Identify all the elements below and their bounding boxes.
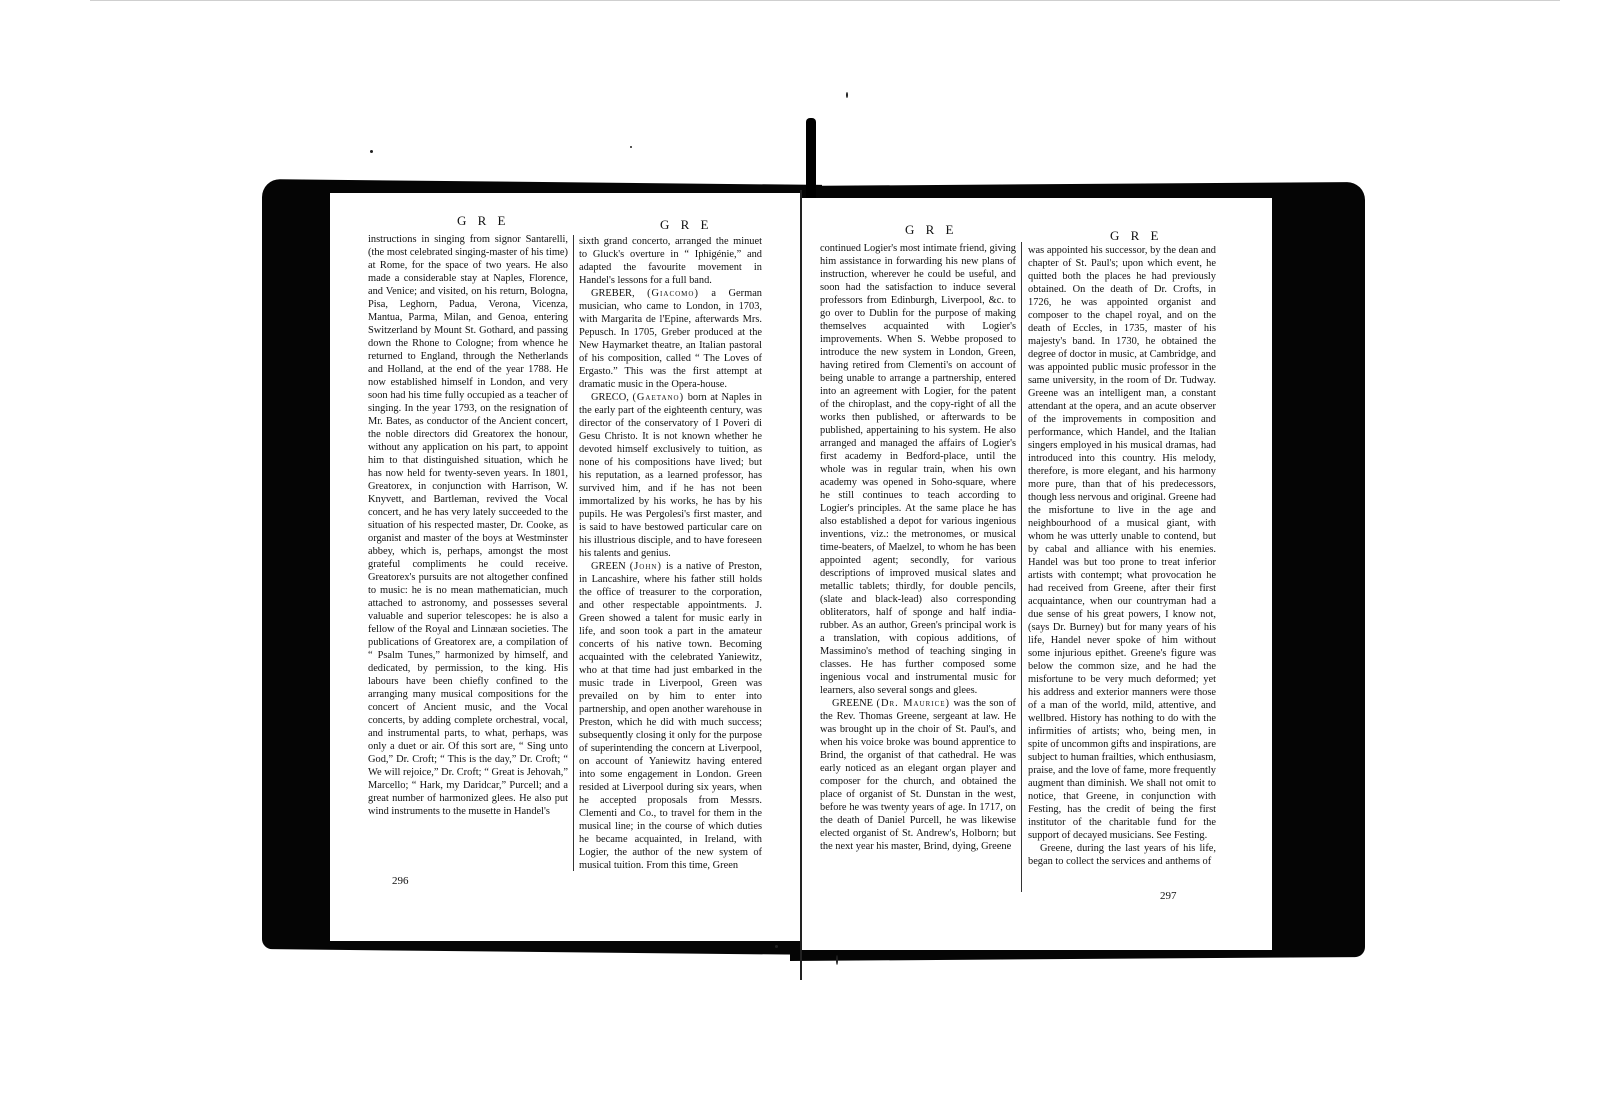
running-head-right-col1: G R E xyxy=(905,222,958,238)
paragraph: Greene, during the last years of his lif… xyxy=(1028,842,1216,868)
left-page-column-1: instructions in singing from signor Sant… xyxy=(368,233,568,818)
paragraph: continued Logier's most intimate friend,… xyxy=(820,242,1016,697)
page-number: 297 xyxy=(1160,890,1177,902)
paragraph-text: instructions in singing from signor Sant… xyxy=(368,234,568,817)
scan-speck xyxy=(836,955,838,965)
paragraph-text: sixth grand concerto, arranged the minue… xyxy=(579,236,762,286)
scan-speck xyxy=(630,146,632,148)
left-page-column-2: sixth grand concerto, arranged the minue… xyxy=(579,235,762,872)
entry-headword: GREEN xyxy=(591,561,630,572)
running-head-right-col2: G R E xyxy=(1110,228,1163,244)
paragraph: GREBER, (Giacomo) a German musician, who… xyxy=(579,287,762,391)
right-page-column-2: was appointed his successor, by the dean… xyxy=(1028,244,1216,868)
paragraph-text: continued Logier's most intimate friend,… xyxy=(820,243,1016,696)
paragraph-text: was appointed his successor, by the dean… xyxy=(1028,245,1216,841)
right-page-column-1: continued Logier's most intimate friend,… xyxy=(820,242,1016,853)
paragraph-text: a German musician, who came to London, i… xyxy=(579,288,762,390)
column-rule xyxy=(573,235,574,871)
entry-qualifier: (Dr. Maurice) xyxy=(877,698,951,709)
paragraph-text: born at Naples in the early part of the … xyxy=(579,392,762,559)
paragraph-text: is a native of Preston, in Lancashire, w… xyxy=(579,561,762,871)
entry-qualifier: (Giacomo) xyxy=(647,288,699,299)
paragraph-text: was the son of the Rev. Thomas Greene, s… xyxy=(820,698,1016,852)
spine-shadow xyxy=(806,118,816,198)
paragraph: sixth grand concerto, arranged the minue… xyxy=(579,235,762,287)
paragraph: GREEN (John) is a native of Preston, in … xyxy=(579,560,762,872)
scan-speck xyxy=(775,945,778,948)
paragraph: was appointed his successor, by the dean… xyxy=(1028,244,1216,842)
scan-speck xyxy=(370,150,373,153)
paragraph: instructions in singing from signor Sant… xyxy=(368,233,568,818)
right-page: G R E G R E continued Logier's most inti… xyxy=(802,198,1272,950)
entry-qualifier: (Gaetano) xyxy=(632,392,684,403)
paragraph: GREENE (Dr. Maurice) was the son of the … xyxy=(820,697,1016,853)
page-number: 296 xyxy=(392,875,409,887)
left-page: G R E G R E instructions in singing from… xyxy=(330,193,800,941)
paragraph-text: Greene, during the last years of his lif… xyxy=(1028,843,1216,867)
entry-qualifier: (John) xyxy=(630,561,662,572)
running-head-left-col2: G R E xyxy=(660,217,713,233)
scan-top-edge xyxy=(90,0,1560,1)
column-rule xyxy=(1021,242,1022,892)
scan-speck xyxy=(846,92,848,98)
entry-headword: GREBER, xyxy=(591,288,647,299)
paragraph: GRECO, (Gaetano) born at Naples in the e… xyxy=(579,391,762,560)
entry-headword: GREENE xyxy=(832,698,877,709)
entry-headword: GRECO, xyxy=(591,392,632,403)
running-head-left-col1: G R E xyxy=(457,213,510,229)
